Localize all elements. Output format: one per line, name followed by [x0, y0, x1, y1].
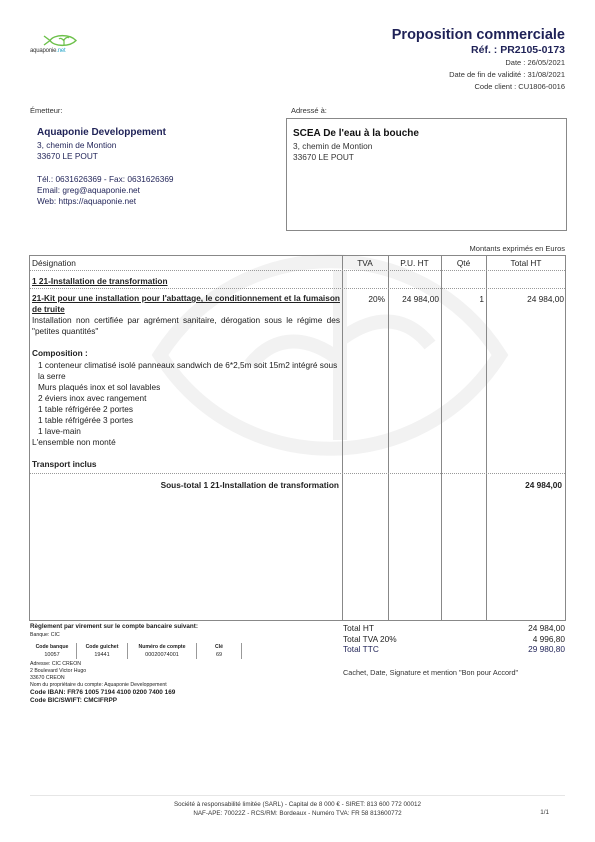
- col-tva: TVA: [342, 258, 388, 268]
- branch-code: Code guichet19441: [76, 643, 127, 659]
- composition-item: 1 table réfrigérée 3 portes: [32, 415, 340, 426]
- logo-text: aquaponie.net: [30, 48, 65, 54]
- line-qty: 1: [441, 294, 484, 304]
- bic: Code BIC/SWIFT: CMCIFRPP: [30, 697, 280, 705]
- composition-item: Murs plaqués inox et sol lavables: [32, 382, 340, 393]
- totals: Total HT24 984,00 Total TVA 20%4 996,80 …: [343, 623, 565, 655]
- fish-sprout-icon: [42, 33, 78, 48]
- emitter-address-line: 33670 LE POUT: [37, 151, 116, 162]
- bank-code: Code banque10057: [30, 643, 76, 659]
- signature-note: Cachet, Date, Signature et mention "Bon …: [343, 668, 518, 677]
- emitter-address: 3, chemin de Montion 33670 LE POUT: [37, 140, 116, 162]
- line-note: L'ensemble non monté: [32, 437, 340, 448]
- document-date: Date : 26/05/2021: [392, 57, 565, 69]
- client-code: Code client : CU1806-0016: [392, 81, 565, 93]
- company-logo: aquaponie.net: [30, 33, 90, 59]
- col-total: Total HT: [486, 258, 566, 268]
- total-tva-row: Total TVA 20%4 996,80: [343, 634, 565, 645]
- composition-item: 1 table réfrigérée 2 portes: [32, 404, 340, 415]
- emitter-box: Aquaponie Developpement 3, chemin de Mon…: [30, 118, 280, 218]
- emitter-website[interactable]: Web: https://aquaponie.net: [37, 196, 174, 207]
- subtotal-value: 24 984,00: [525, 480, 562, 490]
- col-designation: Désignation: [32, 258, 76, 268]
- composition-item: 2 éviers inox avec rangement: [32, 393, 340, 404]
- recipient-address-line: 33670 LE POUT: [293, 152, 372, 163]
- bank-address: Adresse: CIC CREON 2 Boulevard Victor Hu…: [30, 661, 280, 682]
- footer: Société à responsabilité limitée (SARL) …: [0, 800, 595, 818]
- footer-divider: [30, 795, 565, 796]
- emitter-contact: Tél.: 0631626369 - Fax: 0631626369 Email…: [37, 174, 174, 207]
- recipient-label: Adressé à:: [291, 106, 327, 115]
- total-ttc-row: Total TTC29 980,80: [343, 644, 565, 655]
- payment-info: Règlement par virement sur le compte ban…: [30, 623, 280, 705]
- bank-name: Banque: CIC: [30, 632, 280, 639]
- emitter-name: Aquaponie Developpement: [37, 127, 166, 138]
- emitter-phone: Tél.: 0631626369 - Fax: 0631626369: [37, 174, 174, 185]
- recipient-address: 3, chemin de Montion 33670 LE POUT: [293, 141, 372, 163]
- footer-legal-2: NAF-APE: 70022Z - RCS/RM: Bordeaux - Num…: [0, 809, 595, 818]
- recipient-box: SCEA De l'eau à la bouche 3, chemin de M…: [286, 118, 567, 231]
- recipient-name: SCEA De l'eau à la bouche: [293, 128, 419, 139]
- line-tva: 20%: [342, 294, 385, 304]
- emitter-address-line: 3, chemin de Montion: [37, 140, 116, 151]
- section-title: 1 21-Installation de transformation: [32, 276, 168, 286]
- col-unit-price: P.U. HT: [388, 258, 441, 268]
- document-title: Proposition commerciale: [392, 27, 565, 44]
- total-ht-row: Total HT24 984,00: [343, 623, 565, 634]
- document-header: Proposition commerciale Réf. : PR2105-01…: [392, 27, 565, 93]
- col-qty: Qté: [441, 258, 486, 268]
- page-number: 1/1: [540, 809, 549, 816]
- iban: Code IBAN: FR76 1005 7194 4100 0200 7400…: [30, 689, 280, 697]
- composition-item: 1 conteneur climatisé isolé panneaux san…: [32, 360, 340, 382]
- footer-legal-1: Société à responsabilité limitée (SARL) …: [0, 800, 595, 809]
- transport-note: Transport inclus: [32, 459, 340, 470]
- items-table: Désignation TVA P.U. HT Qté Total HT 1 2…: [29, 255, 566, 621]
- composition-item: 1 lave-main: [32, 426, 340, 437]
- line-total: 24 984,00: [486, 294, 564, 304]
- bank-table: Code banque10057 Code guichet19441 Numér…: [30, 643, 280, 659]
- validity-date: Date de fin de validité : 31/08/2021: [392, 69, 565, 81]
- line-description: 21-Kit pour une installation pour l'abat…: [32, 293, 340, 471]
- recipient-address-line: 3, chemin de Montion: [293, 141, 372, 152]
- line-unit-price: 24 984,00: [388, 294, 439, 304]
- document-ref: Réf. : PR2105-0173: [392, 44, 565, 57]
- currency-note: Montants exprimés en Euros: [470, 244, 565, 253]
- emitter-label: Émetteur:: [30, 106, 63, 115]
- subtotal-label: Sous-total 1 21-Installation de transfor…: [161, 480, 339, 490]
- account-number: Numéro de compte00020074001: [127, 643, 196, 659]
- emitter-email[interactable]: Email: greg@aquaponie.net: [37, 185, 174, 196]
- account-owner: Nom du propriétaire du compte: Aquaponie…: [30, 682, 280, 689]
- line-title: 21-Kit pour une installation pour l'abat…: [32, 293, 340, 315]
- rib-key: Clé69: [196, 643, 242, 659]
- composition-label: Composition :: [32, 348, 340, 359]
- line-desc-text: Installation non certifiée par agrément …: [32, 315, 340, 337]
- payment-heading: Règlement par virement sur le compte ban…: [30, 623, 280, 630]
